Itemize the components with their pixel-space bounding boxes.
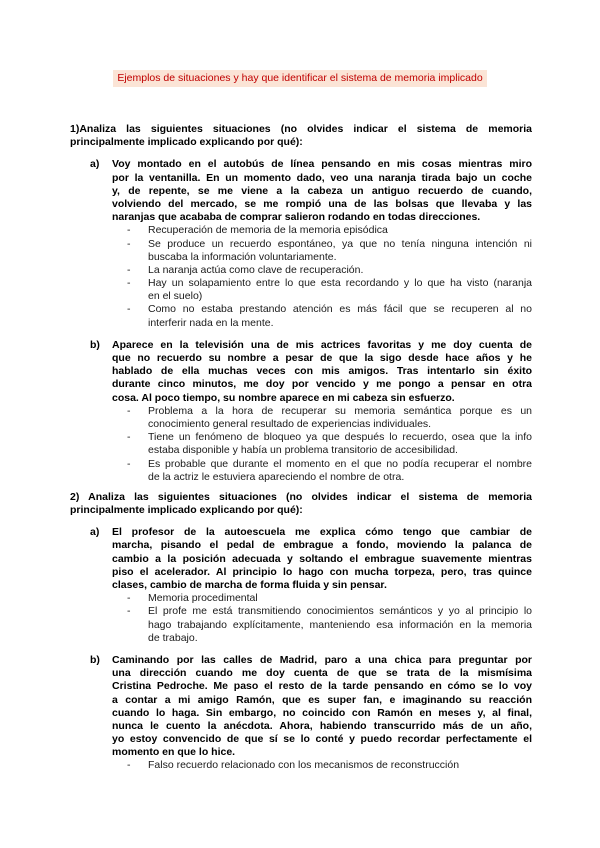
text-line: principalmente implicado explicando por … (70, 504, 532, 517)
text-line: hago trabajando explícitamente, mantenie… (148, 619, 532, 632)
bullet-dash: - (127, 303, 131, 316)
text-line: en el suelo) (148, 290, 532, 303)
text-line: buscaba la información voluntariamente. (148, 251, 532, 264)
answer-bullet: - Recuperación de memoria de la memoria … (70, 224, 532, 237)
answer-bullet: - La naranja actúa como clave de recuper… (70, 264, 532, 277)
bullet-dash: - (127, 238, 131, 251)
text-line: Recuperación de memoria de la memoria ep… (148, 224, 532, 237)
text-line: a contar a mi amigo Ramón, que es super … (112, 694, 532, 707)
answer-bullet: - Memoria procedimental (70, 592, 532, 605)
text-line: y, de repente, se me viene a la cabeza u… (112, 185, 532, 198)
exercise-1-heading: 1)Analiza las siguientes situaciones (no… (70, 123, 532, 149)
text-line: 1)Analiza las siguientes situaciones (no… (70, 123, 532, 136)
answer-bullet: - Es probable que durante el momento en … (70, 458, 532, 484)
bullet-text: El profe me está transmitiendo conocimie… (148, 605, 532, 645)
bullet-text: Falso recuerdo relacionado con los mecan… (148, 759, 532, 772)
text-line: hablado de ella muchas veces con mis ami… (112, 365, 532, 378)
bullet-text: Es probable que durante el momento en el… (148, 458, 532, 484)
item-label-2a: a) (90, 526, 99, 539)
text-line: naranjas que acababa de comprar salieron… (112, 211, 532, 224)
text-line: volviendo del mercado, se me rompió una … (112, 198, 532, 211)
bullet-dash: - (127, 431, 131, 444)
text-line: Se produce un recuerdo espontáneo, ya qu… (148, 238, 532, 251)
text-line: La naranja actúa como clave de recuperac… (148, 264, 532, 277)
text-line: conocimiento general resultado de experi… (148, 418, 532, 431)
item-label-1b: b) (90, 339, 100, 352)
text-line: nunca le cuento la anécdota. Ahora, habi… (112, 720, 532, 733)
scenario-2b: b) Caminando por las calles de Madrid, p… (70, 654, 532, 773)
text-line: yo estoy convencido de que sí se lo cont… (112, 733, 532, 746)
text-line: Caminando por las calles de Madrid, paro… (112, 654, 532, 667)
text-line: El profesor de la autoescuela me explica… (112, 526, 532, 539)
text-line: Memoria procedimental (148, 592, 532, 605)
bullet-text: Hay un solapamiento entre lo que esta re… (148, 277, 532, 303)
scenario-1b: b) Aparece en la televisión una de mis a… (70, 339, 532, 484)
scenario-1a: a) Voy montado en el autobús de línea pe… (70, 158, 532, 329)
text-line: de trabajo. (148, 632, 532, 645)
text-line: El profe me está transmitiendo conocimie… (148, 605, 532, 618)
text-line: Hay un solapamiento entre lo que esta re… (148, 277, 532, 290)
text-line: cuando lo haga. Sin embargo, no coincido… (112, 707, 532, 720)
bullet-text: Se produce un recuerdo espontáneo, ya qu… (148, 238, 532, 264)
text-line: 2) Analiza las siguientes situaciones (n… (70, 491, 532, 504)
answer-bullet: - Problema a la hora de recuperar su mem… (70, 405, 532, 431)
bullet-dash: - (127, 605, 131, 618)
scenario-2a-answers: - Memoria procedimental - El profe me es… (70, 592, 532, 645)
document-title: Ejemplos de situaciones y hay que identi… (113, 70, 486, 87)
text-line: Es probable que durante el momento en el… (148, 458, 532, 471)
scenario-1a-text: Voy montado en el autobús de línea pensa… (112, 158, 532, 224)
bullet-text: La naranja actúa como clave de recuperac… (148, 264, 532, 277)
text-line: Voy montado en el autobús de línea pensa… (112, 158, 532, 171)
scenario-2b-answers: - Falso recuerdo relacionado con los mec… (70, 759, 532, 772)
title-row: Ejemplos de situaciones y hay que identi… (0, 70, 600, 87)
text-line: estaba disponible y había un problema tr… (148, 444, 532, 457)
bullet-dash: - (127, 405, 131, 418)
text-line: piso el acelerador. Al principio lo hago… (112, 566, 532, 579)
bullet-dash: - (127, 224, 131, 237)
bullet-dash: - (127, 759, 131, 772)
text-line: Problema a la hora de recuperar su memor… (148, 405, 532, 418)
scenario-2a: a) El profesor de la autoescuela me expl… (70, 526, 532, 645)
text-line: una dirección cuando me doy cuenta de qu… (112, 667, 532, 680)
answer-bullet: - Se produce un recuerdo espontáneo, ya … (70, 238, 532, 264)
bullet-dash: - (127, 264, 131, 277)
text-line: Aparece en la televisión una de mis actr… (112, 339, 532, 352)
answer-bullet: - Como no estaba prestando atención es m… (70, 303, 532, 329)
bullet-text: Como no estaba prestando atención es más… (148, 303, 532, 329)
scenario-1b-answers: - Problema a la hora de recuperar su mem… (70, 405, 532, 484)
scenario-2a-text: El profesor de la autoescuela me explica… (112, 526, 532, 592)
text-line: Falso recuerdo relacionado con los mecan… (148, 759, 532, 772)
bullet-text: Recuperación de memoria de la memoria ep… (148, 224, 532, 237)
text-line: principalmente implicado explicando por … (70, 136, 532, 149)
text-line: cosa. Al poco tiempo, su nombre aparece … (112, 392, 532, 405)
text-line: de la actriz le estuviera apareciendo el… (148, 471, 532, 484)
bullet-text: Problema a la hora de recuperar su memor… (148, 405, 532, 431)
document-page: Ejemplos de situaciones y hay que identi… (0, 0, 600, 848)
text-line: Tiene un fenómeno de bloqueo ya que desp… (148, 431, 532, 444)
bullet-dash: - (127, 592, 131, 605)
answer-bullet: - Tiene un fenómeno de bloqueo ya que de… (70, 431, 532, 457)
scenario-2b-text: Caminando por las calles de Madrid, paro… (112, 654, 532, 760)
text-line: cambio a la posición adecuada y soltando… (112, 553, 532, 566)
bullet-text: Tiene un fenómeno de bloqueo ya que desp… (148, 431, 532, 457)
bullet-dash: - (127, 277, 131, 290)
text-line: Como no estaba prestando atención es más… (148, 303, 532, 316)
exercise-2-heading: 2) Analiza las siguientes situaciones (n… (70, 491, 532, 517)
item-label-1a: a) (90, 158, 99, 171)
text-line: que no recuerdo su nombre a pesar de que… (112, 352, 532, 365)
answer-bullet: - El profe me está transmitiendo conocim… (70, 605, 532, 645)
text-line: clases, cambio de marcha de forma fluida… (112, 579, 532, 592)
text-line: marcha, pisando el pedal de embrague a f… (112, 539, 532, 552)
bullet-dash: - (127, 458, 131, 471)
item-label-2b: b) (90, 654, 100, 667)
text-line: interferir nada en la mente. (148, 317, 532, 330)
text-line: momento en que lo hice. (112, 746, 532, 759)
text-line: Cristina Pedroche. Me paso el resto de l… (112, 680, 532, 693)
scenario-1b-text: Aparece en la televisión una de mis actr… (112, 339, 532, 405)
bullet-text: Memoria procedimental (148, 592, 532, 605)
scenario-1a-answers: - Recuperación de memoria de la memoria … (70, 224, 532, 330)
answer-bullet: - Hay un solapamiento entre lo que esta … (70, 277, 532, 303)
answer-bullet: - Falso recuerdo relacionado con los mec… (70, 759, 532, 772)
text-line: durante cinco minutos, me doy por vencid… (112, 378, 532, 391)
text-line: por la ventanilla. En un momento dado, v… (112, 172, 532, 185)
